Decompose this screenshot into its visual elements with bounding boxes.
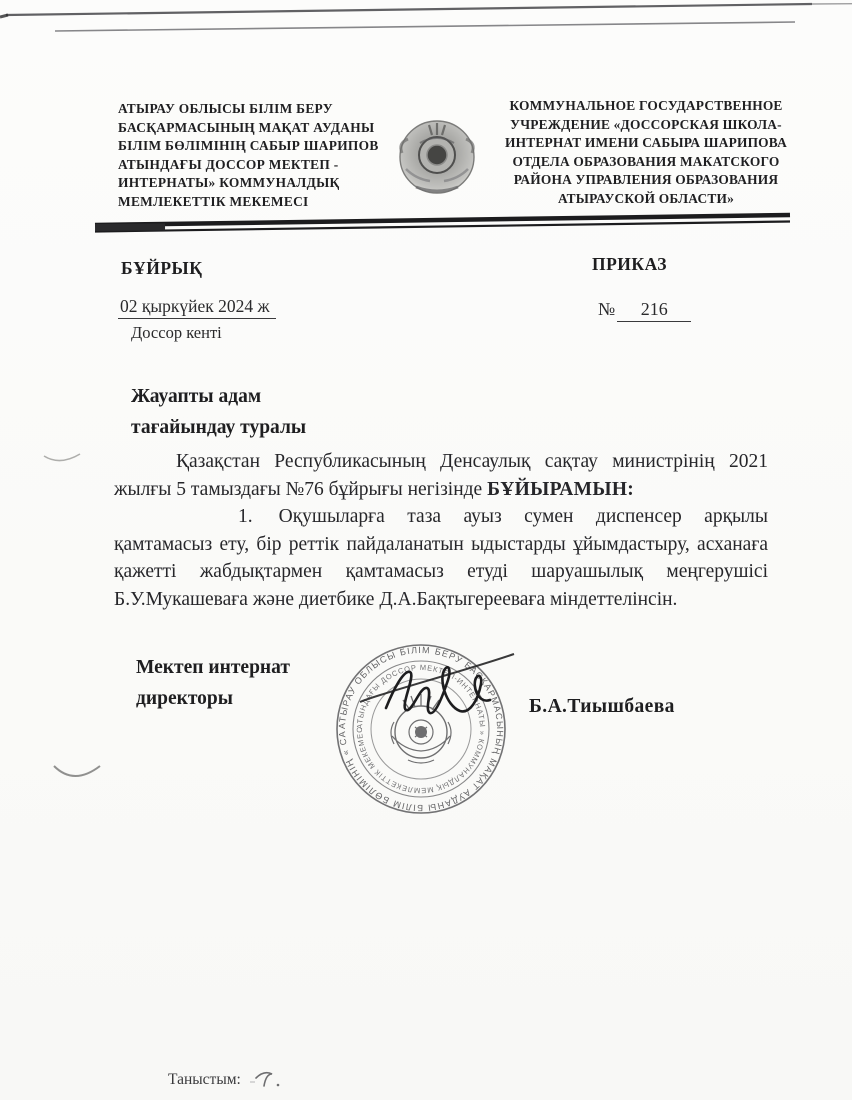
director-signature bbox=[348, 640, 518, 730]
org-right-line: РАЙОНА УПРАВЛЕНИЯ ОБРАЗОВАНИЯ bbox=[478, 171, 814, 190]
order-item-number: 1. bbox=[176, 503, 253, 531]
org-right-line: КОММУНАЛЬНОЕ ГОСУДАРСТВЕННОЕ bbox=[478, 97, 814, 116]
org-right-line: ИНТЕРНАТ ИМЕНИ САБЫРА ШАРИПОВА bbox=[478, 134, 814, 153]
order-intro-text: Қазақстан Республикасының Денсаулық сақт… bbox=[114, 451, 768, 500]
acknowledged-label: Таныстым: bbox=[168, 1071, 241, 1089]
signer-name: Б.А.Тиышбаева bbox=[529, 696, 675, 718]
letterhead-divider-rule bbox=[0, 208, 852, 242]
scan-curl-mark bbox=[36, 438, 106, 478]
order-resolution-word: БҰЙЫРАМЫН: bbox=[487, 479, 634, 500]
org-left-line: БІЛІМ БӨЛІМІНІҢ САБЫР ШАРИПОВ bbox=[118, 137, 420, 156]
org-right-line: АТЫРАУСКОЙ ОБЛАСТИ» bbox=[478, 190, 814, 209]
scan-artifact-lines bbox=[0, 0, 852, 44]
order-number: №216 bbox=[598, 299, 691, 322]
order-number-value: 216 bbox=[617, 299, 691, 322]
order-body: Қазақстан Республикасының Денсаулық сақт… bbox=[114, 448, 768, 614]
scan-curl-mark bbox=[44, 752, 124, 800]
org-right-line: ОТДЕЛА ОБРАЗОВАНИЯ МАКАТСКОГО bbox=[478, 153, 814, 172]
signer-position-line2: директоры bbox=[136, 683, 290, 714]
org-left-line: АТЫРАУ ОБЛЫСЫ БІЛІМ БЕРУ bbox=[118, 100, 420, 119]
order-number-label: № bbox=[598, 299, 615, 319]
signer-position-line1: Мектеп интернат bbox=[136, 652, 290, 683]
order-place: Доссор кенті bbox=[131, 323, 222, 343]
order-intro-paragraph: Қазақстан Республикасының Денсаулық сақт… bbox=[114, 448, 768, 503]
org-right-line: УЧРЕЖДЕНИЕ «ДОССОРСКАЯ ШКОЛА- bbox=[478, 116, 814, 135]
org-left-line: ИНТЕРНАТЫ» КОММУНАЛДЫҚ bbox=[118, 174, 420, 193]
order-word-kazakh: БҰЙРЫҚ bbox=[121, 258, 202, 279]
org-left-line: АТЫНДАҒЫ ДОССОР МЕКТЕП - bbox=[118, 156, 420, 175]
org-left-line: БАСҚАРМАСЫНЫҢ МАҚАТ АУДАНЫ bbox=[118, 119, 420, 138]
order-item-1: 1.Оқушыларға таза ауыз сумен диспенсер а… bbox=[114, 503, 768, 613]
acknowledgement-initial-mark bbox=[248, 1066, 292, 1096]
org-name-kazakh: АТЫРАУ ОБЛЫСЫ БІЛІМ БЕРУ БАСҚАРМАСЫНЫҢ М… bbox=[118, 100, 420, 212]
scanned-document-page: АТЫРАУ ОБЛЫСЫ БІЛІМ БЕРУ БАСҚАРМАСЫНЫҢ М… bbox=[0, 0, 852, 1100]
org-name-russian: КОММУНАЛЬНОЕ ГОСУДАРСТВЕННОЕ УЧРЕЖДЕНИЕ … bbox=[478, 97, 814, 209]
document-title-line1: Жауапты адам bbox=[131, 381, 306, 412]
signer-position: Мектеп интернат директоры bbox=[136, 652, 290, 714]
document-title-line2: тағайындау туралы bbox=[131, 412, 306, 443]
order-date: 02 қыркүйек 2024 ж bbox=[118, 296, 276, 319]
order-word-russian: ПРИКАЗ bbox=[592, 254, 667, 275]
kazakhstan-emblem-icon bbox=[396, 113, 478, 199]
document-title: Жауапты адам тағайындау туралы bbox=[131, 381, 306, 443]
